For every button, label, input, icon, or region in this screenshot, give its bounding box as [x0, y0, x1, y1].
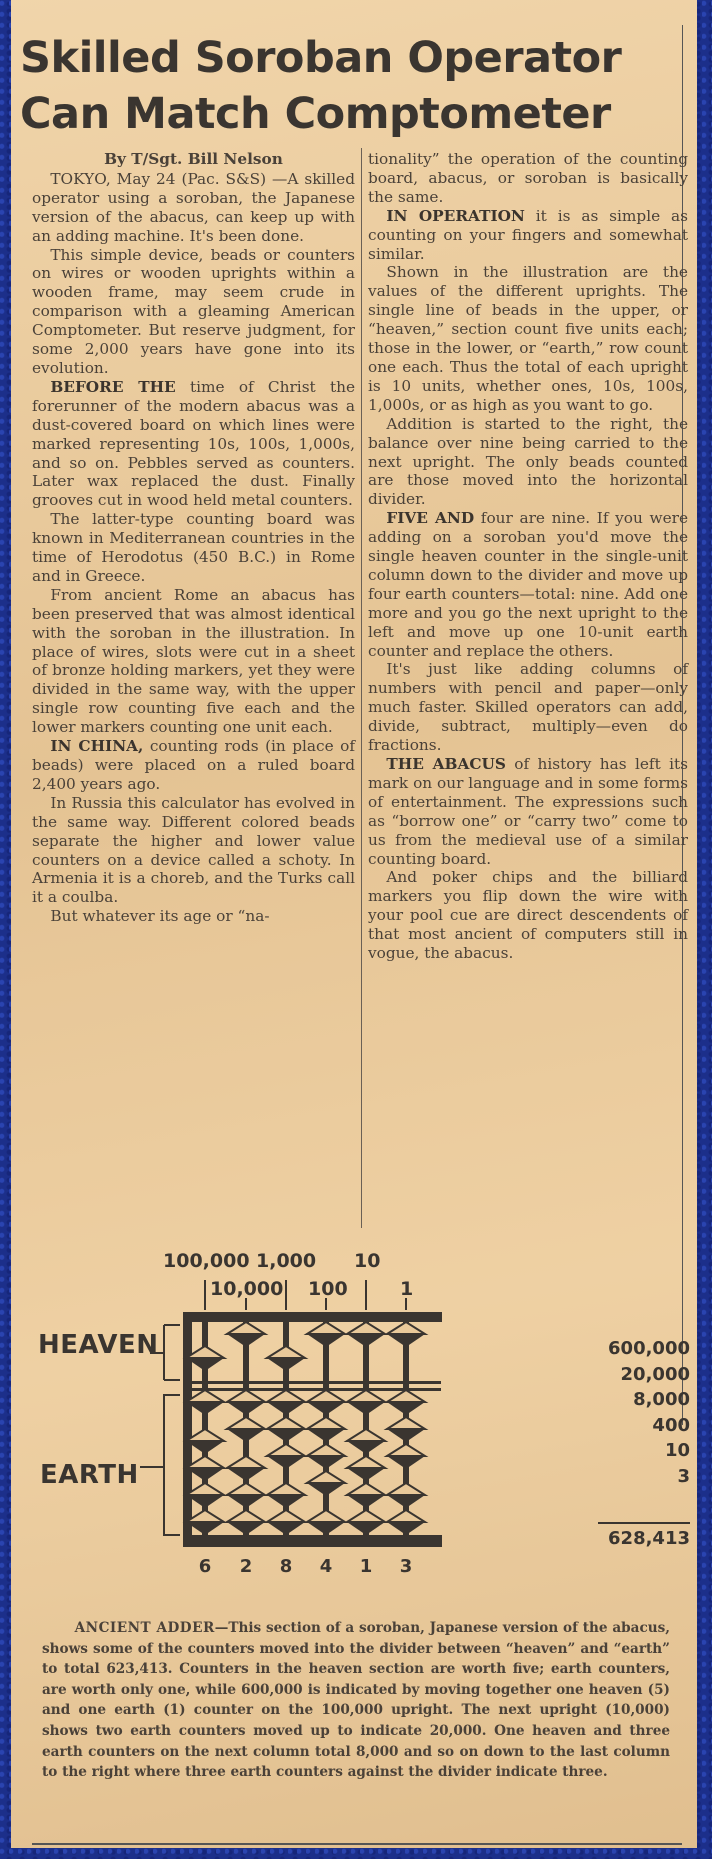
place-value-label: 1	[400, 1278, 413, 1300]
caption-lead: ANCIENT ADDER	[75, 1620, 215, 1636]
article-paragraph: From ancient Rome an abacus has been pre…	[32, 586, 355, 737]
byline: By T/Sgt. Bill Nelson	[32, 150, 355, 169]
sum-line: 8,000	[580, 1389, 690, 1410]
column-divider	[361, 148, 362, 1228]
article-paragraph: The latter-type counting board was known…	[32, 510, 355, 586]
article-paragraph: BEFORE THE time of Christ the forerunner…	[32, 378, 355, 510]
column-digit: 6	[195, 1556, 215, 1577]
sum-line: 600,000	[580, 1338, 690, 1359]
sum-line: 20,000	[580, 1364, 690, 1385]
article-paragraph: TOKYO, May 24 (Pac. S&S) —A skilled oper…	[32, 170, 355, 246]
article-paragraph: And poker chips and the billiard markers…	[368, 868, 688, 963]
caption-text: —This section of a soroban, Japanese ver…	[42, 1620, 670, 1780]
sum-line: 10	[580, 1440, 690, 1461]
place-value-label: 1,000	[256, 1250, 316, 1272]
column-digit: 4	[316, 1556, 336, 1577]
column-digit: 3	[396, 1556, 416, 1577]
place-value-label: 100,000	[163, 1250, 250, 1272]
article-paragraph: Shown in the illustration are the values…	[368, 263, 688, 414]
earth-label: EARTH	[40, 1460, 139, 1490]
place-value-label: 10	[354, 1250, 380, 1272]
article-paragraph: This simple device, beads or counters on…	[32, 246, 355, 378]
paragraph-lead: FIVE AND	[386, 509, 474, 527]
article-paragraph: IN CHINA, counting rods (in place of bea…	[32, 737, 355, 794]
article-paragraph: In Russia this calculator has evolved in…	[32, 794, 355, 907]
illustration-caption: ANCIENT ADDER—This section of a soroban,…	[42, 1618, 670, 1783]
sum-total: 628,413	[580, 1528, 690, 1549]
heaven-label: HEAVEN	[38, 1330, 159, 1360]
column-digit: 2	[236, 1556, 256, 1577]
headline-line-1: Skilled Soroban Operator	[20, 33, 621, 83]
article-paragraph: IN OPERATION it is as simple as counting…	[368, 207, 688, 264]
paragraph-lead: IN OPERATION	[386, 207, 525, 225]
place-value-label: 100	[308, 1278, 348, 1300]
place-value-label: 10,000	[210, 1278, 283, 1300]
article-paragraph: THE ABACUS of history has left its mark …	[368, 755, 688, 868]
paragraph-lead: THE ABACUS	[386, 755, 506, 773]
article-column-1: By T/Sgt. Bill Nelson TOKYO, May 24 (Pac…	[32, 150, 355, 926]
article-paragraph: tionality” the operation of the counting…	[368, 150, 688, 207]
sum-line: 3	[580, 1466, 690, 1487]
article-paragraph: But whatever its age or “na-	[32, 907, 355, 926]
paragraph-lead: BEFORE THE	[50, 378, 175, 396]
article-column-2: tionality” the operation of the counting…	[368, 150, 688, 963]
column-digit: 1	[356, 1556, 376, 1577]
headline-line-2: Can Match Comptometer	[20, 89, 611, 139]
article-paragraph: It's just like adding columns of numbers…	[368, 660, 688, 755]
column-digit: 8	[276, 1556, 296, 1577]
headline: Skilled Soroban Operator Can Match Compt…	[20, 30, 690, 142]
paragraph-lead: IN CHINA,	[50, 737, 143, 755]
bottom-rule	[32, 1843, 682, 1845]
soroban-illustration: HEAVEN EARTH 100,0001,0001010,0001001 60…	[20, 1230, 700, 1590]
sum-line: 400	[580, 1415, 690, 1436]
article-paragraph: FIVE AND four are nine. If you were addi…	[368, 509, 688, 660]
article-paragraph: Addition is started to the right, the ba…	[368, 415, 688, 510]
